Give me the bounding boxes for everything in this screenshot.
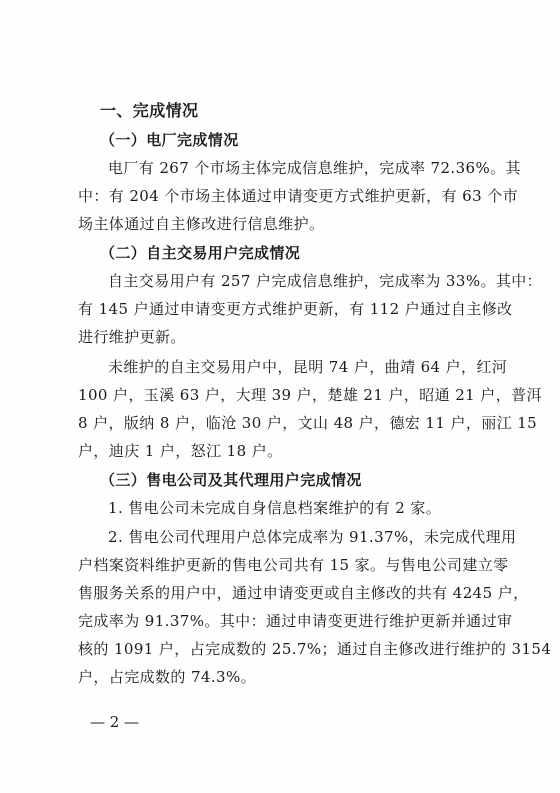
- paragraph-line: 进行维护更新。: [78, 327, 186, 347]
- paragraph-line: 核的 1091 户，占完成数的 25.7%；通过自主修改进行维护的 3154: [78, 639, 551, 659]
- paragraph-line: 中：有 204 个市场主体通过申请变更方式维护更新，有 63 个市: [78, 186, 518, 206]
- document-page: 一、完成情况 （一）电厂完成情况 电厂有 267 个市场主体完成信息维护，完成率…: [0, 0, 560, 793]
- paragraph-line: 2. 售电公司代理用户总体完成率为 91.37%，未完成代理用: [108, 527, 516, 547]
- subsection-heading-3: （三）售电公司及其代理用户完成情况: [100, 470, 362, 490]
- paragraph-line: 户，占完成数的 74.3%。: [78, 667, 256, 687]
- paragraph-line: 100 户，玉溪 63 户，大理 39 户，楚雄 21 户，昭通 21 户，普洱: [78, 385, 542, 405]
- paragraph-line: 自主交易用户有 257 户完成信息维护，完成率为 33%。其中：: [108, 271, 542, 291]
- paragraph-line: 售服务关系的用户中，通过申请变更或自主修改的共有 4245 户，: [78, 583, 529, 603]
- paragraph-line: 有 145 户通过申请变更方式维护更新，有 112 户通过自主修改: [78, 299, 513, 319]
- page-number: — 2 —: [90, 713, 139, 731]
- paragraph-line: 完成率为 91.37%。其中：通过申请变更进行维护更新并通过审: [78, 611, 512, 631]
- paragraph-line: 户档案资料维护更新的售电公司共有 15 家。与售电公司建立零: [78, 555, 509, 575]
- section-title: 一、完成情况: [100, 101, 198, 121]
- paragraph-line: 8 户，版纳 8 户，临沧 30 户，文山 48 户，德宏 11 户，丽江 15: [78, 413, 537, 433]
- paragraph-line: 1. 售电公司未完成自身信息档案维护的有 2 家。: [108, 498, 441, 518]
- paragraph-line: 户，迪庆 1 户，怒江 18 户。: [78, 441, 283, 461]
- subsection-heading-2: （二）自主交易用户完成情况: [100, 243, 300, 263]
- paragraph-line: 电厂有 267 个市场主体完成信息维护，完成率 72.36%。其: [108, 158, 521, 178]
- paragraph-line: 场主体通过自主修改进行信息维护。: [78, 214, 324, 234]
- paragraph-line: 未维护的自主交易用户中，昆明 74 户，曲靖 64 户，红河: [108, 357, 507, 377]
- subsection-heading-1: （一）电厂完成情况: [100, 130, 239, 150]
